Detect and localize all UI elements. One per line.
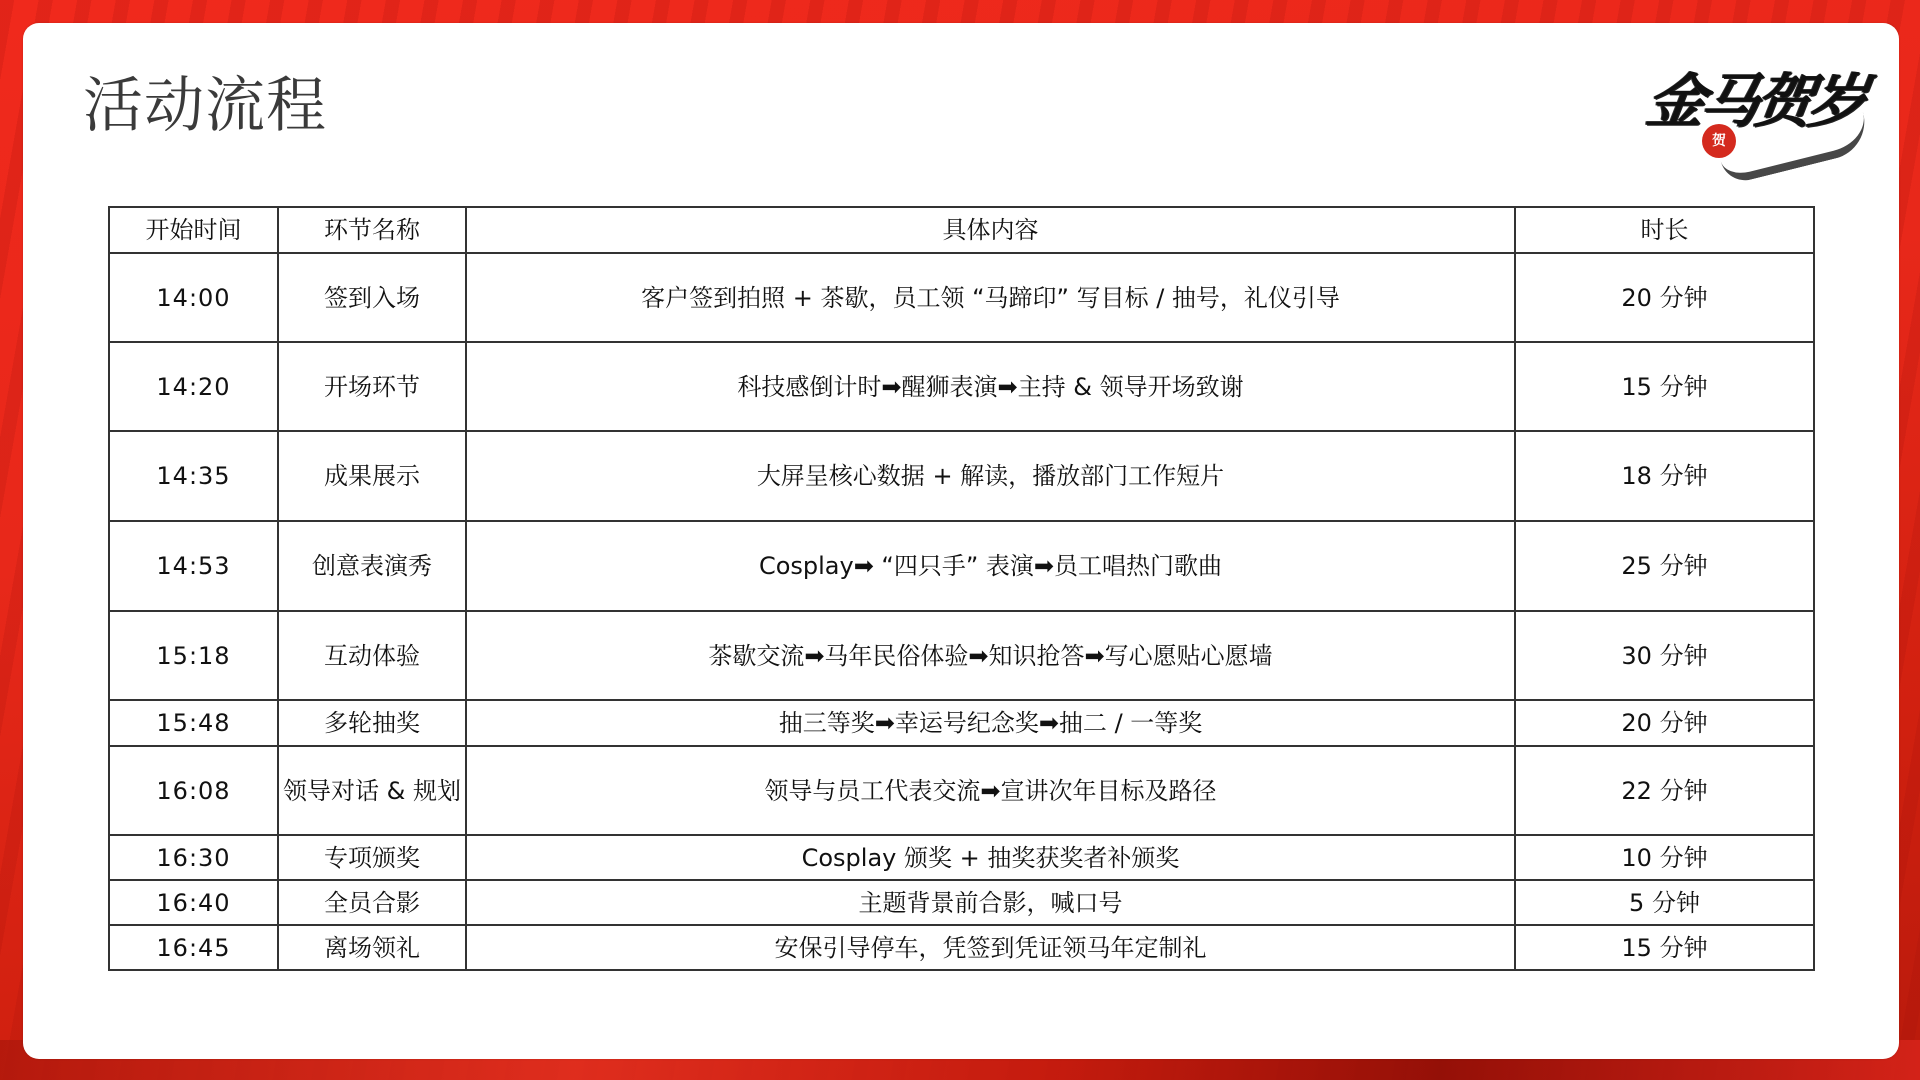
cell-name: 互动体验	[278, 611, 466, 700]
cell-duration: 30 分钟	[1515, 611, 1814, 700]
table-row: 14:00 签到入场 客户签到拍照 + 茶歇，员工领 “马蹄印” 写目标 / 抽…	[109, 253, 1814, 342]
cell-content: 大屏呈核心数据 + 解读，播放部门工作短片	[466, 431, 1515, 521]
brand-logo: 金马贺岁 贺	[1640, 50, 1880, 170]
cell-time: 15:18	[109, 611, 278, 700]
cell-duration: 18 分钟	[1515, 431, 1814, 521]
cell-content: 茶歇交流➡马年民俗体验➡知识抢答➡写心愿贴心愿墙	[466, 611, 1515, 700]
cell-content: 客户签到拍照 + 茶歇，员工领 “马蹄印” 写目标 / 抽号，礼仪引导	[466, 253, 1515, 342]
cell-content: Cosplay 颁奖 + 抽奖获奖者补颁奖	[466, 835, 1515, 880]
cell-time: 14:20	[109, 342, 278, 431]
cell-time: 16:45	[109, 925, 278, 970]
table-row: 14:20 开场环节 科技感倒计时➡醒狮表演➡主持 & 领导开场致谢 15 分钟	[109, 342, 1814, 431]
cell-name: 创意表演秀	[278, 521, 466, 611]
seal-stamp-icon: 贺	[1702, 124, 1736, 158]
table-header-row: 开始时间 环节名称 具体内容 时长	[109, 207, 1814, 253]
cell-duration: 20 分钟	[1515, 253, 1814, 342]
cell-duration: 10 分钟	[1515, 835, 1814, 880]
cell-name: 专项颁奖	[278, 835, 466, 880]
table-row: 14:53 创意表演秀 Cosplay➡ “四只手” 表演➡员工唱热门歌曲 25…	[109, 521, 1814, 611]
cell-name: 成果展示	[278, 431, 466, 521]
cell-duration: 20 分钟	[1515, 700, 1814, 746]
cell-duration: 5 分钟	[1515, 880, 1814, 925]
page-title: 活动流程	[83, 58, 327, 144]
cell-time: 14:35	[109, 431, 278, 521]
cell-time: 16:30	[109, 835, 278, 880]
cell-content: 抽三等奖➡幸运号纪念奖➡抽二 / 一等奖	[466, 700, 1515, 746]
cell-name: 开场环节	[278, 342, 466, 431]
cell-content: 主题背景前合影，喊口号	[466, 880, 1515, 925]
header-segment-name: 环节名称	[278, 207, 466, 253]
cell-name: 全员合影	[278, 880, 466, 925]
cell-time: 14:53	[109, 521, 278, 611]
header-duration: 时长	[1515, 207, 1814, 253]
schedule-table: 开始时间 环节名称 具体内容 时长 14:00 签到入场 客户签到拍照 + 茶歇…	[108, 206, 1815, 971]
header-start-time: 开始时间	[109, 207, 278, 253]
cell-content: 领导与员工代表交流➡宣讲次年目标及路径	[466, 746, 1515, 835]
table-row: 15:48 多轮抽奖 抽三等奖➡幸运号纪念奖➡抽二 / 一等奖 20 分钟	[109, 700, 1814, 746]
cell-name: 多轮抽奖	[278, 700, 466, 746]
cell-name: 领导对话 & 规划	[278, 746, 466, 835]
cell-duration: 15 分钟	[1515, 342, 1814, 431]
cell-duration: 25 分钟	[1515, 521, 1814, 611]
logo-text: 金马贺岁	[1642, 54, 1870, 138]
table-row: 16:30 专项颁奖 Cosplay 颁奖 + 抽奖获奖者补颁奖 10 分钟	[109, 835, 1814, 880]
cell-time: 14:00	[109, 253, 278, 342]
cell-name: 签到入场	[278, 253, 466, 342]
table-row: 16:40 全员合影 主题背景前合影，喊口号 5 分钟	[109, 880, 1814, 925]
header-content: 具体内容	[466, 207, 1515, 253]
cell-content: Cosplay➡ “四只手” 表演➡员工唱热门歌曲	[466, 521, 1515, 611]
cell-time: 16:08	[109, 746, 278, 835]
table-row: 14:35 成果展示 大屏呈核心数据 + 解读，播放部门工作短片 18 分钟	[109, 431, 1814, 521]
table-row: 15:18 互动体验 茶歇交流➡马年民俗体验➡知识抢答➡写心愿贴心愿墙 30 分…	[109, 611, 1814, 700]
cell-duration: 22 分钟	[1515, 746, 1814, 835]
table-row: 16:45 离场领礼 安保引导停车，凭签到凭证领马年定制礼 15 分钟	[109, 925, 1814, 970]
table-row: 16:08 领导对话 & 规划 领导与员工代表交流➡宣讲次年目标及路径 22 分…	[109, 746, 1814, 835]
cell-duration: 15 分钟	[1515, 925, 1814, 970]
cell-content: 安保引导停车，凭签到凭证领马年定制礼	[466, 925, 1515, 970]
cell-name: 离场领礼	[278, 925, 466, 970]
cell-time: 15:48	[109, 700, 278, 746]
cell-content: 科技感倒计时➡醒狮表演➡主持 & 领导开场致谢	[466, 342, 1515, 431]
cell-time: 16:40	[109, 880, 278, 925]
